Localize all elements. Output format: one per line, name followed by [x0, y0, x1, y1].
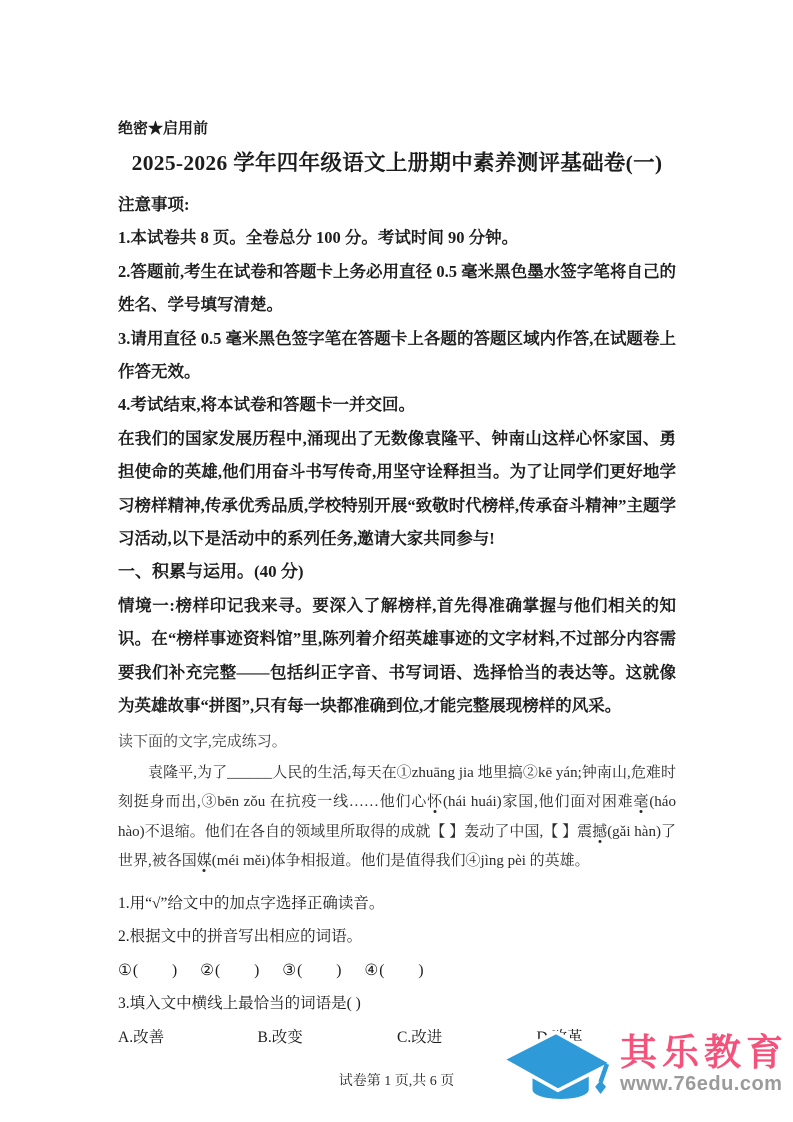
dotted-char: 怀 — [427, 794, 443, 810]
note-item-1: 1.本试卷共 8 页。全卷总分 100 分。考试时间 90 分钟。 — [118, 221, 676, 254]
question-2-answer-blanks: ①( ) ②( ) ③( ) ④( ) — [118, 954, 676, 988]
publisher-name: 其乐教育 — [620, 1033, 788, 1073]
page-title: 2025-2026 学年四年级语文上册期中素养测评基础卷(一) — [118, 148, 676, 178]
reading-passage: 袁隆平,为了______人民的生活,每天在①zhuāng jia 地里搞②kē … — [118, 759, 676, 877]
passage-segment: (hái huái)家国,他们面对困难 — [443, 794, 634, 810]
dotted-char: 毫 — [634, 794, 650, 810]
publisher-url: www.76edu.com — [620, 1073, 788, 1095]
dotted-char: 撼 — [592, 824, 607, 840]
page-content: 绝密★启用前 2025-2026 学年四年级语文上册期中素养测评基础卷(一) 注… — [118, 118, 676, 1054]
publisher-logo: 其乐教育 www.76edu.com — [498, 1020, 788, 1108]
dotted-char: 媒 — [197, 853, 212, 869]
answer-blank-3: ③( ) — [282, 954, 342, 988]
exam-paper-page: 绝密★启用前 2025-2026 学年四年级语文上册期中素养测评基础卷(一) 注… — [0, 0, 793, 1122]
note-item-3: 3.请用直径 0.5 毫米黑色签字笔在答题卡上各题的答题区域内作答,在试题卷上作… — [118, 322, 676, 389]
option-a: A.改善 — [118, 1021, 258, 1055]
question-3: 3.填入文中横线上最恰当的词语是( ) — [118, 987, 676, 1021]
question-2: 2.根据文中的拼音写出相应的词语。 — [118, 920, 676, 954]
passage-segment: (méi měi)体争相报道。他们是值得我们④jìng pèi 的英雄。 — [212, 853, 590, 869]
answer-blank-2: ②( ) — [200, 954, 260, 988]
graduation-cap-icon — [498, 1020, 616, 1108]
note-item-2: 2.答题前,考生在试卷和答题卡上务必用直径 0.5 毫米黑色墨水签字笔将自己的姓… — [118, 255, 676, 322]
answer-blank-1: ①( ) — [118, 954, 178, 988]
answer-blank-4: ④( ) — [364, 954, 424, 988]
notes-heading: 注意事项: — [118, 188, 676, 221]
secrecy-label: 绝密★启用前 — [118, 118, 676, 140]
scenario-paragraph: 情境一:榜样印记我来寻。要深入了解榜样,首先得准确掌握与他们相关的知识。在“榜样… — [118, 589, 676, 723]
question-1: 1.用“√”给文中的加点字选择正确读音。 — [118, 887, 676, 921]
section-heading: 一、积累与运用。(40 分) — [118, 555, 676, 588]
option-b: B.改变 — [258, 1021, 398, 1055]
reading-prompt: 读下面的文字,完成练习。 — [118, 727, 676, 757]
note-item-4: 4.考试结束,将本试卷和答题卡一并交回。 — [118, 388, 676, 421]
intro-paragraph: 在我们的国家发展历程中,涌现出了无数像袁隆平、钟南山这样心怀家国、勇担使命的英雄… — [118, 422, 676, 556]
publisher-text: 其乐教育 www.76edu.com — [620, 1033, 788, 1095]
